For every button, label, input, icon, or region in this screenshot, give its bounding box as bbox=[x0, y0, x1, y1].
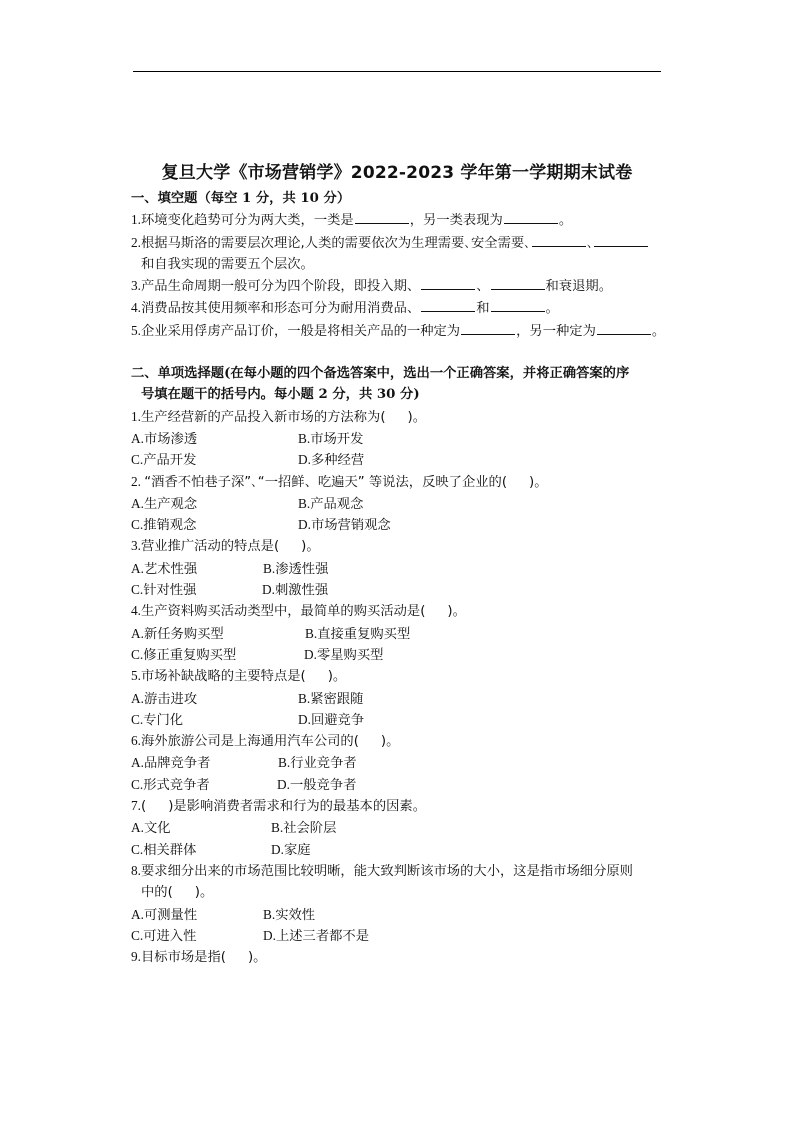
choice-question-3: 3.营业推广活动的特点是()。 bbox=[131, 535, 663, 557]
document-title: 复旦大学《市场营销学》2022-2023 学年第一学期期末试卷 bbox=[131, 160, 663, 186]
choice-question-8: 8.要求细分出来的市场范围比较明晰，能大致判断该市场的大小，这是指市场细分原则 bbox=[131, 860, 663, 882]
fill-question-2-continued: 和自我实现的需要五个层次。 bbox=[131, 254, 663, 275]
options-row: C.专门化 D.回避竞争 bbox=[131, 709, 663, 730]
option-b[interactable]: B.实效性 bbox=[263, 904, 315, 926]
header-rule bbox=[133, 71, 661, 72]
fill-question-2: 2.根据马斯洛的需要层次理论,人类的需要依次为生理需要､安全需要､､ bbox=[131, 232, 663, 254]
option-c[interactable]: C.修正重复购买型 bbox=[131, 644, 236, 666]
options-row: A.游击进攻 B.紧密跟随 bbox=[131, 688, 663, 709]
option-c[interactable]: C.针对性强 bbox=[131, 579, 196, 601]
option-d[interactable]: D.上述三者都不是 bbox=[263, 925, 369, 947]
section-2-heading: 二、单项选择题(在每小题的四个备选答案中，选出一个正确答案，并将正确答案的序 号… bbox=[131, 363, 663, 406]
options-row: C.可进入性 D.上述三者都不是 bbox=[131, 925, 663, 946]
option-c[interactable]: C.专门化 bbox=[131, 709, 183, 731]
option-d[interactable]: D.零星购买型 bbox=[304, 644, 383, 666]
option-c[interactable]: C.产品开发 bbox=[131, 449, 196, 471]
option-b[interactable]: B.渗透性强 bbox=[263, 558, 328, 580]
answer-blank[interactable] bbox=[532, 233, 586, 247]
option-d[interactable]: D.家庭 bbox=[271, 839, 311, 861]
option-b[interactable]: B.紧密跟随 bbox=[298, 688, 363, 710]
answer-blank[interactable] bbox=[491, 298, 545, 312]
option-c[interactable]: C.可进入性 bbox=[131, 925, 196, 947]
options-row: C.相关群体 D.家庭 bbox=[131, 839, 663, 860]
option-a[interactable]: A.市场渗透 bbox=[131, 428, 197, 450]
options-row: A.生产观念 B.产品观念 bbox=[131, 493, 663, 514]
option-d[interactable]: D.多种经营 bbox=[298, 449, 364, 471]
option-a[interactable]: A.文化 bbox=[131, 817, 171, 839]
answer-blank[interactable] bbox=[597, 321, 651, 335]
choice-question-4: 4.生产资料购买活动类型中，最简单的购买活动是()。 bbox=[131, 600, 663, 622]
options-row: C.修正重复购买型 D.零星购买型 bbox=[131, 644, 663, 665]
options-row: C.产品开发 D.多种经营 bbox=[131, 449, 663, 470]
choice-question-8-continued: 中的()。 bbox=[131, 882, 663, 903]
choice-question-6: 6.海外旅游公司是上海通用汽车公司的()。 bbox=[131, 730, 663, 752]
section-spacer bbox=[131, 342, 663, 363]
choice-question-1: 1.生产经营新的产品投入新市场的方法称为()。 bbox=[131, 406, 663, 428]
option-a[interactable]: A.可测量性 bbox=[131, 904, 197, 926]
option-b[interactable]: B.市场开发 bbox=[298, 428, 363, 450]
answer-blank[interactable] bbox=[421, 276, 475, 290]
options-row: C.推销观念 D.市场营销观念 bbox=[131, 514, 663, 535]
choice-question-2: 2. “酒香不怕巷子深”､“一招鲜、吃遍天” 等说法，反映了企业的()。 bbox=[131, 471, 663, 493]
option-a[interactable]: A.品牌竞争者 bbox=[131, 752, 210, 774]
option-b[interactable]: B.产品观念 bbox=[298, 493, 363, 515]
section-1-heading: 一、填空题（每空 1 分，共 10 分） bbox=[131, 188, 663, 209]
option-d[interactable]: D.刺激性强 bbox=[262, 579, 328, 601]
exam-page: 复旦大学《市场营销学》2022-2023 学年第一学期期末试卷 一、填空题（每空… bbox=[131, 160, 663, 968]
option-b[interactable]: B.行业竞争者 bbox=[278, 752, 357, 774]
answer-blank[interactable] bbox=[594, 233, 648, 247]
answer-blank[interactable] bbox=[491, 276, 545, 290]
options-row: C.形式竞争者 D.一般竞争者 bbox=[131, 774, 663, 795]
fill-question-1: 1.环境变化趋势可分为两大类，一类是，另一类表现为。 bbox=[131, 209, 663, 231]
option-b[interactable]: B.社会阶层 bbox=[271, 817, 336, 839]
choice-question-7: 7.()是影响消费者需求和行为的最基本的因素。 bbox=[131, 795, 663, 817]
option-c[interactable]: C.形式竞争者 bbox=[131, 774, 210, 796]
option-a[interactable]: A.艺术性强 bbox=[131, 558, 197, 580]
option-d[interactable]: D.市场营销观念 bbox=[298, 514, 391, 536]
options-row: A.品牌竞争者 B.行业竞争者 bbox=[131, 752, 663, 773]
answer-blank[interactable] bbox=[504, 210, 558, 224]
option-a[interactable]: A.游击进攻 bbox=[131, 688, 197, 710]
answer-blank[interactable] bbox=[421, 298, 475, 312]
fill-question-5: 5.企业采用俘虏产品订价，一般是将相关产品的一种定为，另一种定为。 bbox=[131, 320, 663, 342]
option-c[interactable]: C.推销观念 bbox=[131, 514, 196, 536]
option-a[interactable]: A.生产观念 bbox=[131, 493, 197, 515]
fill-question-3: 3.产品生命周期一般可分为四个阶段，即投入期、、和衰退期。 bbox=[131, 275, 663, 297]
answer-blank[interactable] bbox=[355, 210, 409, 224]
options-row: A.艺术性强 B.渗透性强 bbox=[131, 558, 663, 579]
options-row: A.可测量性 B.实效性 bbox=[131, 904, 663, 925]
options-row: A.市场渗透 B.市场开发 bbox=[131, 428, 663, 449]
options-row: A.新任务购买型 B.直接重复购买型 bbox=[131, 623, 663, 644]
option-c[interactable]: C.相关群体 bbox=[131, 839, 196, 861]
option-d[interactable]: D.回避竞争 bbox=[298, 709, 364, 731]
options-row: A.文化 B.社会阶层 bbox=[131, 817, 663, 838]
answer-blank[interactable] bbox=[461, 321, 515, 335]
option-a[interactable]: A.新任务购买型 bbox=[131, 623, 224, 645]
choice-question-9: 9.目标市场是指()。 bbox=[131, 946, 663, 968]
option-b[interactable]: B.直接重复购买型 bbox=[305, 623, 410, 645]
option-d[interactable]: D.一般竞争者 bbox=[277, 774, 356, 796]
choice-question-5: 5.市场补缺战略的主要特点是()。 bbox=[131, 665, 663, 687]
fill-question-4: 4.消费品按其使用频率和形态可分为耐用消费品、和。 bbox=[131, 297, 663, 319]
options-row: C.针对性强 D.刺激性强 bbox=[131, 579, 663, 600]
